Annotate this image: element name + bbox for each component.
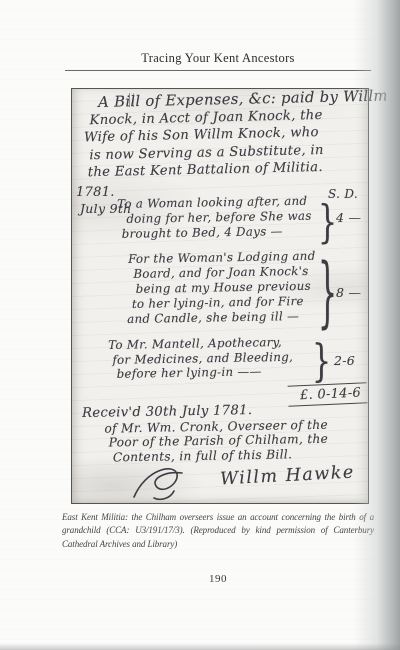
- book-page: Tracing Your Kent Ancestors A Bill of Ex…: [0, 0, 400, 650]
- bill-entry-3: To Mr. Mantell, Apothecary, for Medicine…: [108, 335, 293, 382]
- bottom-shadow: [0, 643, 400, 650]
- entry-amount: 2-6: [334, 353, 355, 368]
- bill-entry-2: For the Woman's Lodging and Board, and f…: [128, 249, 317, 327]
- entry-brace: }: [318, 257, 337, 334]
- caption-line: East Kent Militia: the Chilham overseers…: [62, 511, 374, 524]
- manuscript-figure: A Bill of Expenses, &c: paid by Willm Kn…: [71, 88, 369, 504]
- entry-line: before her lying-in ——: [117, 364, 294, 382]
- entry-amount: 4 —: [336, 210, 361, 225]
- receipt-note: Receiv'd 30th July 1781. of Mr. Wm. Cron…: [82, 403, 329, 466]
- page-number: 190: [65, 573, 371, 585]
- entry-brace: }: [312, 341, 331, 385]
- entry-amount: 8 —: [336, 285, 361, 300]
- signature-flourish-icon: [130, 461, 204, 506]
- signature: Willm Hawke: [220, 462, 356, 489]
- header-rule: [65, 70, 371, 71]
- entry-line: and Candle, she being ill —: [127, 309, 317, 327]
- bill-entry-1: To a Woman looking after, and doing for …: [117, 194, 312, 242]
- manuscript-heading: A Bill of Expenses, &c: paid by Willm Kn…: [98, 87, 390, 182]
- entry-line: brought to Bed, 4 Days —: [122, 224, 313, 242]
- caption-line: grandchild (CCA: U3/191/17/3). (Reproduc…: [62, 524, 374, 537]
- manuscript-year: 1781.: [76, 185, 115, 200]
- running-header: Tracing Your Kent Ancestors: [65, 51, 371, 66]
- caption-line: Cathedral Archives and Library): [62, 538, 374, 551]
- figure-caption: East Kent Militia: the Chilham overseers…: [62, 511, 374, 551]
- entry-brace: }: [318, 201, 337, 246]
